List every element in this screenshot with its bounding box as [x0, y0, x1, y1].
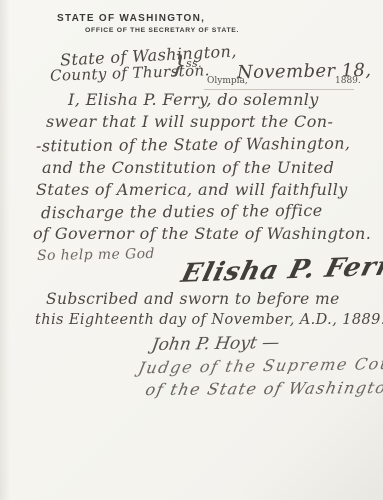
officer-title-line-1: Judge of the Supreme Court [137, 354, 383, 378]
letterhead-subtitle: OFFICE OF THE SECRETARY OF STATE. [85, 27, 239, 34]
letterhead-title: STATE OF WASHINGTON, [57, 13, 205, 24]
jurat-line-2: this Eighteenth day of November, A.D., 1… [35, 312, 383, 328]
oath-line-1: I, Elisha P. Ferry, do solemnly [68, 90, 319, 109]
oath-line-2: swear that I will support the Con- [46, 112, 333, 131]
officer-title-line-2: of the State of Washington [144, 378, 383, 399]
dateline-printed-year: 1889. [335, 76, 361, 86]
affiant-signature: Elisha P. Ferry [178, 251, 383, 289]
oath-line-4: and the Constitution of the United [42, 158, 334, 177]
officer-signature: John P. Hoyt — [150, 333, 281, 355]
oath-line-5: States of America, and will faithfully [36, 180, 348, 199]
oath-line-3: -stitution of the State of Washington, [36, 134, 351, 156]
oath-line-6: discharge the duties of the office [41, 201, 323, 222]
venue-ss-abbreviation: ss. [186, 57, 202, 70]
oath-line-7: of Governor of the State of Washington. [33, 224, 371, 243]
jurat-line-1: Subscribed and sworn to before me [46, 290, 340, 308]
oath-closing-so-help-me-god: So help me God [37, 246, 155, 264]
document-page: STATE OF WASHINGTON, OFFICE OF THE SECRE… [0, 0, 383, 500]
